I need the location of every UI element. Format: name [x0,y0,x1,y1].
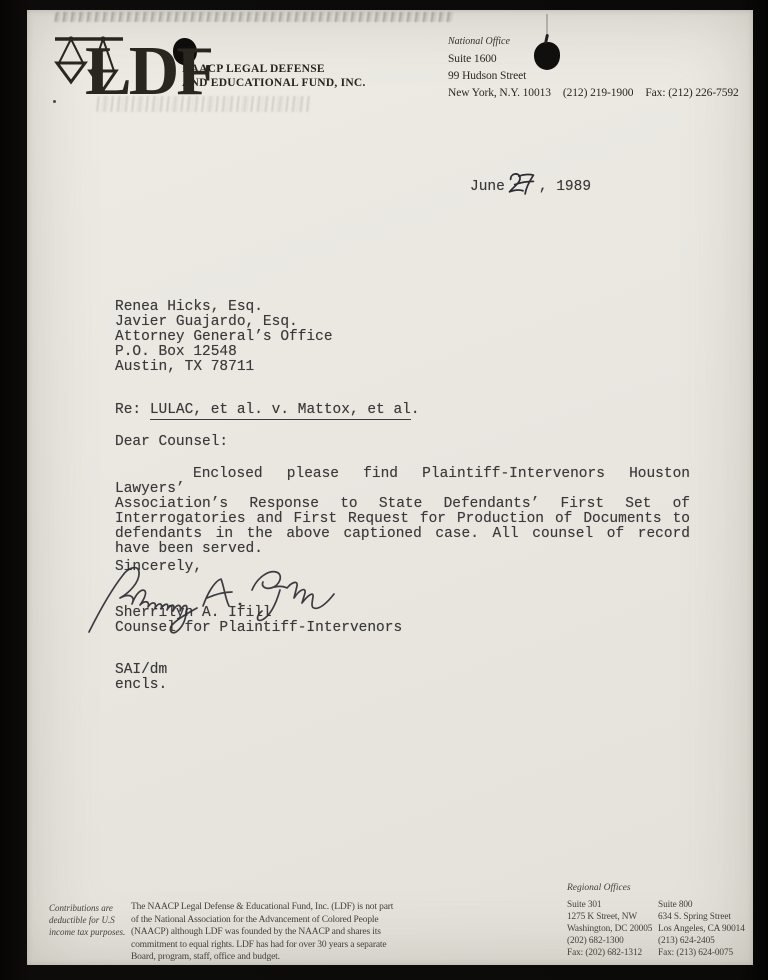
date-year: , 1989 [539,179,591,195]
office-line: Fax: (202) 682-1312 [567,947,652,959]
org-name-line2: AND EDUCATIONAL FUND, INC. [182,76,366,90]
recipient-line: Austin, TX 78711 [115,360,333,375]
enclosure-note: encls. [115,678,167,693]
office-line: (202) 682-1300 [567,935,652,947]
national-office-city: New York, N.Y. 10013 [448,87,551,99]
national-office-fax: Fax: (212) 226-7592 [645,87,738,99]
office-line: (213) 624-2405 [658,935,745,947]
scanned-letter: LDF NAACP LEGAL DEFENSE AND EDUCATIONAL … [0,0,768,980]
office-line: Fax: (213) 624-0075 [658,947,745,959]
disclaimer-line: commitment to equal rights. LDF has had … [131,939,416,952]
office-line: 1275 K Street, NW [567,911,652,923]
disclaimer-line: (NAACP) although LDF was founded by the … [131,926,416,939]
disclaimer-line: Board, program, staff, office and budget… [131,951,416,964]
office-line: Los Angeles, CA 90014 [658,923,745,935]
tax-note-line: deductible for U.S [49,914,125,926]
tax-note-line: Contributions are [49,902,125,914]
handwritten-day-numeral [506,170,538,197]
body-line: have been served. [115,542,690,557]
scan-smudge-top [54,12,455,22]
office-line: Suite 800 [658,899,745,911]
org-name-line1: NAACP LEGAL DEFENSE [182,62,366,76]
re-period: . [411,402,420,418]
office-line: Washington, DC 20005 [567,923,652,935]
handwritten-signature [87,558,337,636]
recipient-line: Attorney General’s Office [115,330,333,345]
regional-office-los-angeles: Suite 800 634 S. Spring Street Los Angel… [658,899,745,959]
recipient-line: Renea Hicks, Esq. [115,300,333,315]
letter-page: LDF NAACP LEGAL DEFENSE AND EDUCATIONAL … [27,10,753,965]
national-office-street: 99 Hudson Street [448,68,739,85]
reference-initials: SAI/dm [115,663,167,678]
letter-body: Enclosed please find Plaintiff-Interveno… [115,467,690,557]
disclaimer-line: The NAACP Legal Defense & Educational Fu… [131,901,416,914]
date-month: June [470,179,505,195]
re-case-name: LULAC, et al. v. Mattox, et al [150,402,411,420]
body-line: Association’s Response to State Defendan… [115,497,690,512]
national-office-label: National Office [448,36,739,47]
organization-name: NAACP LEGAL DEFENSE AND EDUCATIONAL FUND… [182,62,366,90]
regional-offices-label: Regional Offices [567,883,631,893]
national-office-phone: (212) 219-1900 [563,87,633,99]
salutation: Dear Counsel: [115,435,228,450]
body-line: Interrogatories and First Request for Pr… [115,512,690,527]
recipient-line: Javier Guajardo, Esq. [115,315,333,330]
disclaimer-line: of the National Association for the Adva… [131,914,416,927]
national-office-contact: New York, N.Y. 10013(212) 219-1900Fax: (… [448,85,739,102]
national-office-block: National Office Suite 1600 99 Hudson Str… [448,36,739,102]
recipient-line: P.O. Box 12548 [115,345,333,360]
ldf-naacp-disclaimer: The NAACP Legal Defense & Educational Fu… [131,901,416,964]
recipient-address-block: Renea Hicks, Esq. Javier Guajardo, Esq. … [115,300,333,375]
national-office-suite: Suite 1600 [448,51,739,68]
body-line: Enclosed please find Plaintiff-Interveno… [115,467,690,497]
re-label: Re: [115,402,150,418]
tax-note-line: income tax purposes. [49,926,125,938]
re-subject-line: Re: LULAC, et al. v. Mattox, et al. [115,403,420,418]
tax-deductible-note: Contributions are deductible for U.S inc… [49,902,125,938]
date-line: June, 1989 [470,170,591,197]
office-line: 634 S. Spring Street [658,911,745,923]
body-line: defendants in the above captioned case. … [115,527,690,542]
regional-office-washington: Suite 301 1275 K Street, NW Washington, … [567,899,652,959]
office-line: Suite 301 [567,899,652,911]
